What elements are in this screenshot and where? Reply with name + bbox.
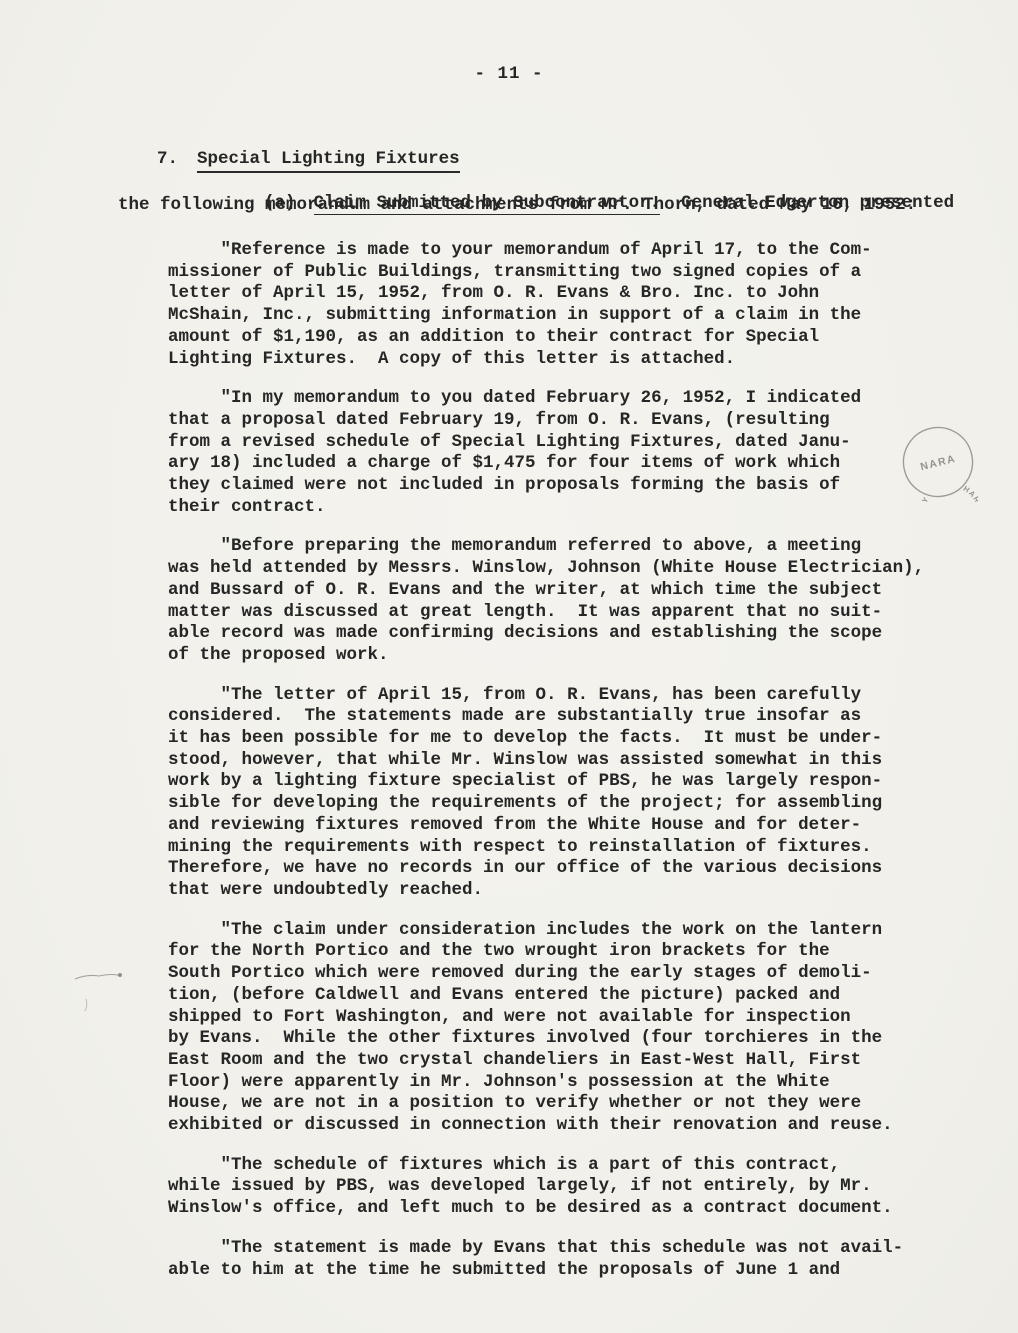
page-number: - 11 - (0, 64, 1018, 84)
paragraph: "In my memorandum to you dated February … (168, 388, 958, 518)
paragraph: "The statement is made by Evans that thi… (168, 1238, 958, 1281)
section-heading-title: Special Lighting Fixtures (197, 149, 460, 173)
paragraph: "Before preparing the memorandum referre… (168, 536, 958, 666)
paragraph: "The schedule of fixtures which is a par… (168, 1155, 958, 1220)
memo-paragraphs: "Reference is made to your memorandum of… (168, 222, 958, 1281)
stamp-center-text: NARA (919, 453, 957, 473)
svg-text:HARRY S. TRUMAN LIBRARY: HARRY S. TRUMAN LIBRARY (912, 481, 978, 502)
subitem-intro-line: the following memorandum and attachments… (118, 195, 916, 215)
paragraph: "Reference is made to your memorandum of… (168, 240, 958, 370)
pencil-mark (60, 955, 150, 1025)
document-page: - 11 - 7.Special Lighting Fixtures (a)Cl… (0, 0, 1018, 1333)
archive-stamp: HARRY S. TRUMAN LIBRARY NARA (898, 422, 978, 502)
paragraph: "The claim under consideration includes … (168, 920, 958, 1137)
stamp-ring-text: HARRY S. TRUMAN LIBRARY (912, 481, 978, 502)
section-heading-number: 7. (157, 149, 178, 169)
paragraph: "The letter of April 15, from O. R. Evan… (168, 685, 958, 902)
